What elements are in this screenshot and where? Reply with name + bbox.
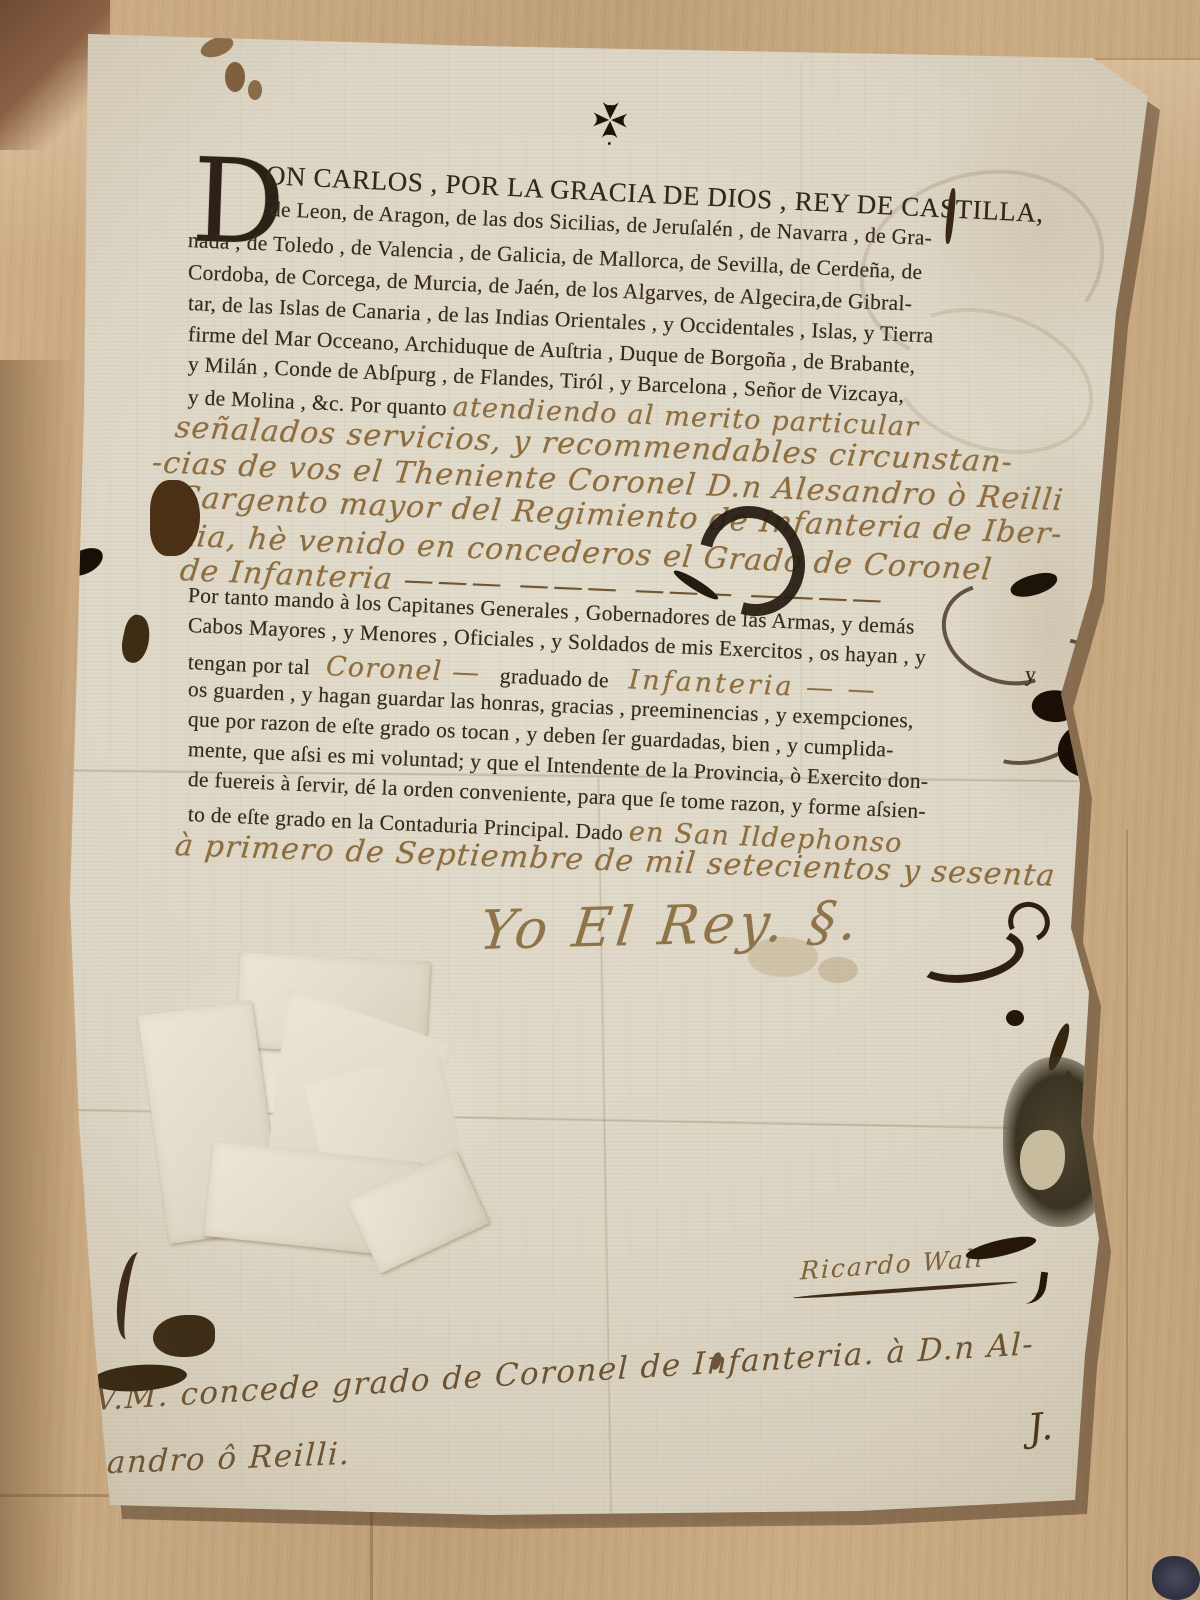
photo-of-royal-decree: D ON CARLOS , POR LA GRACIA DE DIOS , RE… [0, 0, 1200, 1600]
paper-edge-shading [58, 22, 1160, 1522]
debris-spot [1152, 1556, 1200, 1600]
plank-seam [1126, 830, 1128, 1600]
document-paper: D ON CARLOS , POR LA GRACIA DE DIOS , RE… [58, 22, 1160, 1522]
wood-left-shading [0, 360, 78, 1600]
